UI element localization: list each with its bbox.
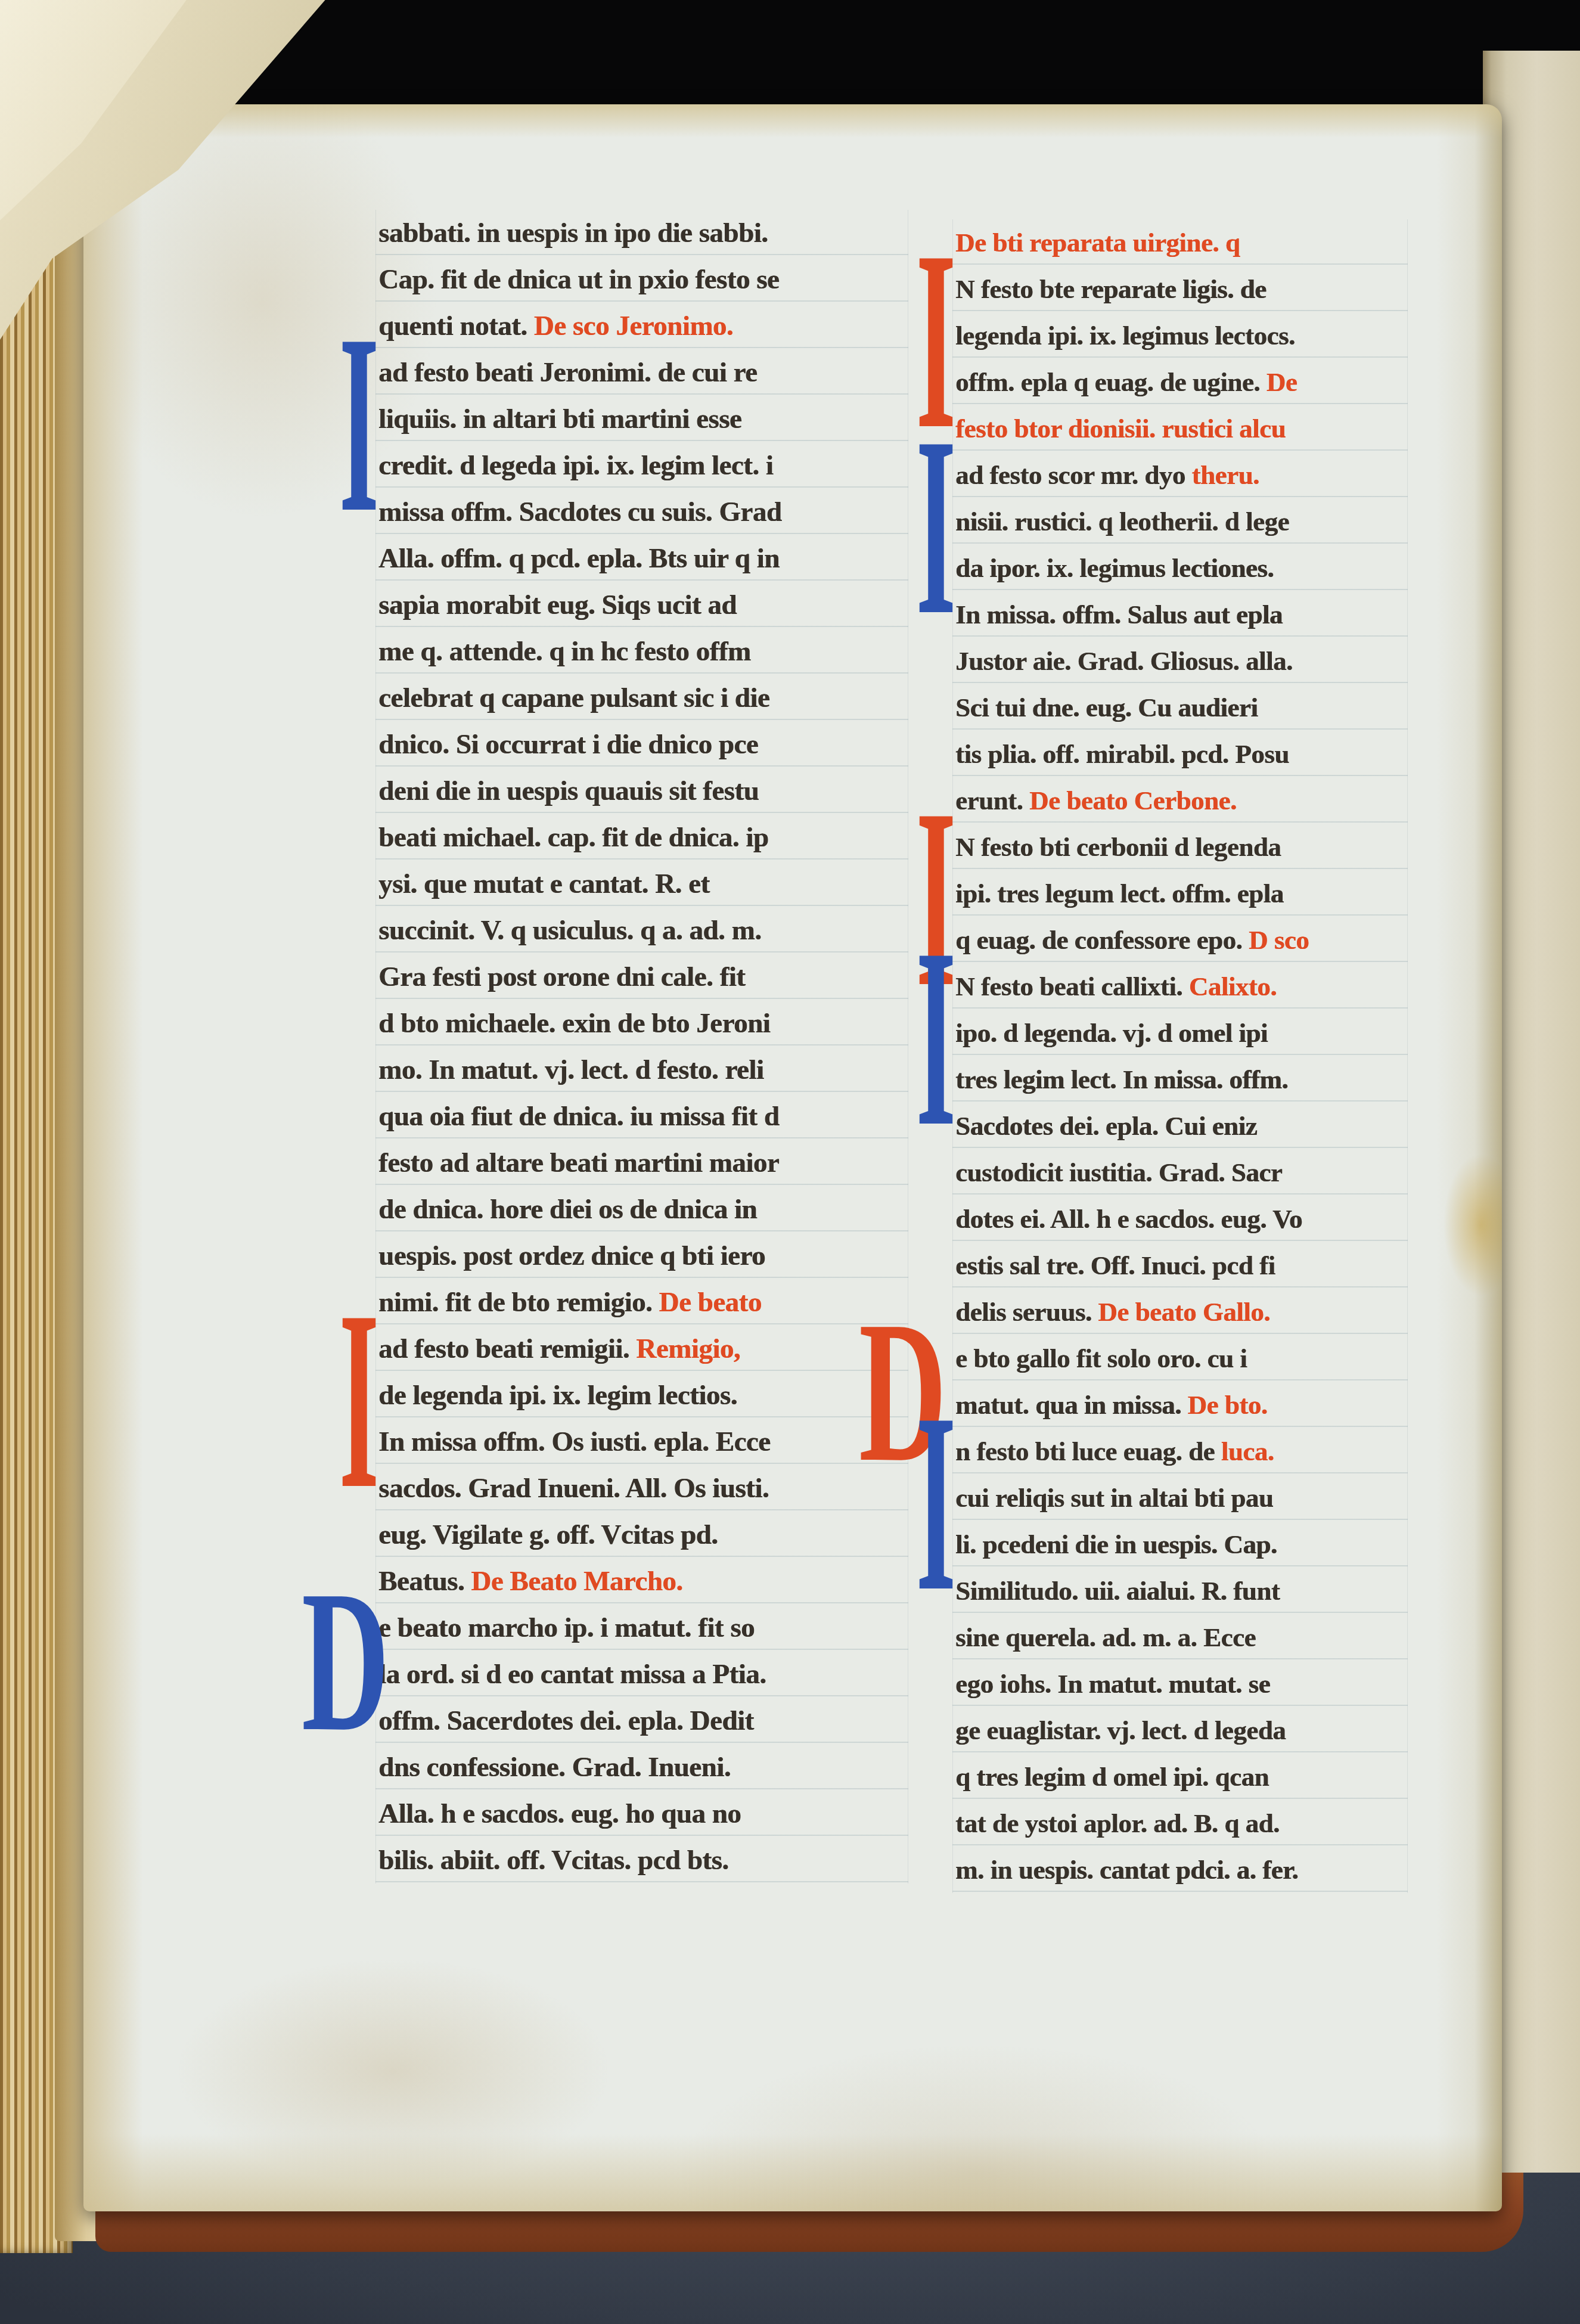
- rubric-text: De: [1267, 367, 1297, 397]
- body-text: estis sal tre. Off. Inuci. pcd fi: [955, 1251, 1275, 1280]
- body-text: Gra festi post orone dni cale. fit: [378, 961, 745, 992]
- text-line: ipi. tres legum lect. offm. epla: [955, 870, 1284, 917]
- body-text: me q. attende. q in hc festo offm: [378, 636, 750, 667]
- body-text: liquiis. in altari bti martini esse: [378, 404, 741, 435]
- text-line: ge euaglistar. vj. lect. d legeda: [955, 1707, 1286, 1754]
- text-line: li. pcedeni die in uespis. Cap.: [955, 1521, 1277, 1568]
- text-line: e bto gallo fit solo oro. cu i: [955, 1335, 1247, 1382]
- rubric-text: festo btor dionisii. rustici alcu: [955, 414, 1286, 443]
- text-line: ysi. que mutat e cantat. R. et: [378, 861, 709, 907]
- text-column-left: sabbati. in uespis in ipo die sabbi.Cap.…: [375, 210, 908, 1884]
- body-text: de dnica. hore diei os de dnica in: [378, 1194, 757, 1225]
- text-line: N festo bte reparate ligis. de: [955, 266, 1267, 312]
- body-text: n festo bti luce euag. de: [955, 1436, 1221, 1466]
- text-line: Justor aie. Grad. Gliosus. alla.: [955, 638, 1293, 684]
- text-line: De bti reparata uirgine. q: [955, 219, 1240, 266]
- text-line: sacdos. Grad Inueni. All. Os iusti.: [378, 1465, 769, 1512]
- rubric-text: D sco: [1249, 925, 1309, 955]
- body-text: Alla. h e sacdos. eug. ho qua no: [378, 1798, 741, 1829]
- body-text: Similitudo. uii. aialui. R. funt: [955, 1576, 1280, 1606]
- text-line: Alla. offm. q pcd. epla. Bts uir q in: [378, 535, 780, 582]
- rubric-text: De beato Cerbone.: [1029, 786, 1237, 815]
- body-text: ipi. tres legum lect. offm. epla: [955, 879, 1284, 908]
- body-text: dotes ei. All. h e sacdos. eug. Vo: [955, 1204, 1302, 1234]
- body-text: sabbati. in uespis in ipo die sabbi.: [378, 218, 768, 249]
- body-text: N festo bte reparate ligis. de: [955, 274, 1267, 304]
- text-line: deni die in uespis quauis sit festu: [378, 768, 759, 814]
- text-line: de dnica. hore diei os de dnica in: [378, 1186, 757, 1233]
- text-line: festo btor dionisii. rustici alcu: [955, 405, 1286, 452]
- text-line: In missa offm. Os iusti. epla. Ecce: [378, 1419, 770, 1465]
- rubric-text: De beato: [659, 1287, 761, 1318]
- rubric-text: theru.: [1191, 460, 1259, 490]
- text-line: liquiis. in altari bti martini esse: [378, 396, 741, 442]
- body-text: missa offm. Sacdotes cu suis. Grad: [378, 497, 781, 528]
- text-line: Beatus. De Beato Marcho.: [378, 1558, 683, 1605]
- text-line: Sacdotes dei. epla. Cui eniz: [955, 1103, 1257, 1149]
- body-text: e bto gallo fit solo oro. cu i: [955, 1343, 1247, 1373]
- text-line: estis sal tre. Off. Inuci. pcd fi: [955, 1242, 1275, 1289]
- text-line: dotes ei. All. h e sacdos. eug. Vo: [955, 1196, 1302, 1242]
- body-text: nisii. rustici. q leotherii. d lege: [955, 507, 1289, 536]
- text-line: sapia morabit eug. Siqs ucit ad: [378, 582, 737, 628]
- body-text: qua oia fiut de dnica. iu missa fit d: [378, 1101, 779, 1132]
- text-line: ipo. d legenda. vj. d omel ipi: [955, 1010, 1268, 1056]
- text-line: eug. Vigilate g. off. Vcitas pd.: [378, 1512, 718, 1558]
- body-text: li. pcedeni die in uespis. Cap.: [955, 1529, 1277, 1559]
- text-line: succinit. V. q usiculus. q a. ad. m.: [378, 907, 761, 954]
- text-line: n festo bti luce euag. de luca.: [955, 1428, 1274, 1475]
- text-line: matut. qua in missa. De bto.: [955, 1382, 1268, 1428]
- rubric-text: De bti reparata uirgine. q: [955, 228, 1240, 257]
- body-text: deni die in uespis quauis sit festu: [378, 775, 759, 806]
- rubric-text: Remigio,: [636, 1333, 740, 1364]
- text-line: tres legim lect. In missa. offm.: [955, 1056, 1288, 1103]
- text-line: In missa. offm. Salus aut epla: [955, 591, 1283, 638]
- text-line: Gra festi post orone dni cale. fit: [378, 954, 745, 1000]
- body-text: N festo bti cerbonii d legenda: [955, 832, 1281, 862]
- body-text: mo. In matut. vj. lect. d festo. reli: [378, 1054, 763, 1085]
- body-text: de legenda ipi. ix. legim lectios.: [378, 1380, 737, 1411]
- body-text: ge euaglistar. vj. lect. d legeda: [955, 1715, 1286, 1745]
- text-line: N festo bti cerbonii d legenda: [955, 824, 1281, 870]
- rubric-text: luca.: [1221, 1436, 1274, 1466]
- body-text: tis plia. off. mirabil. pcd. Posu: [955, 739, 1289, 769]
- body-text: offm. Sacerdotes dei. epla. Dedit: [378, 1705, 754, 1736]
- body-text: sapia morabit eug. Siqs ucit ad: [378, 589, 737, 620]
- text-line: credit. d legeda ipi. ix. legim lect. i: [378, 442, 773, 489]
- body-text: Justor aie. Grad. Gliosus. alla.: [955, 646, 1293, 676]
- text-line: ad festo beati Jeronimi. de cui re: [378, 349, 757, 396]
- text-line: da ipor. ix. legimus lectiones.: [955, 545, 1274, 591]
- text-line: offm. Sacerdotes dei. epla. Dedit: [378, 1698, 754, 1744]
- body-text: dnico. Si occurrat i die dnico pce: [378, 729, 758, 760]
- body-text: bilis. abiit. off. Vcitas. pcd bts.: [378, 1845, 729, 1876]
- body-text: la ord. si d eo cantat missa a Ptia.: [378, 1659, 766, 1690]
- body-text: tres legim lect. In missa. offm.: [955, 1065, 1288, 1094]
- text-line: qua oia fiut de dnica. iu missa fit d: [378, 1093, 779, 1140]
- text-line: missa offm. Sacdotes cu suis. Grad: [378, 489, 781, 535]
- body-text: Cap. fit de dnica ut in pxio festo se: [378, 264, 779, 295]
- body-text: da ipor. ix. legimus lectiones.: [955, 553, 1274, 583]
- body-text: credit. d legeda ipi. ix. legim lect. i: [378, 450, 773, 481]
- text-line: quenti notat. De sco Jeronimo.: [378, 303, 733, 349]
- body-text: festo ad altare beati martini maior: [378, 1147, 779, 1178]
- text-line: sine querela. ad. m. a. Ecce: [955, 1614, 1256, 1661]
- body-text: ysi. que mutat e cantat. R. et: [378, 868, 709, 899]
- text-line: ego iohs. In matut. mutat. se: [955, 1661, 1270, 1707]
- body-text: N festo beati callixti.: [955, 972, 1189, 1001]
- text-line: Alla. h e sacdos. eug. ho qua no: [378, 1791, 741, 1837]
- text-line: erunt. De beato Cerbone.: [955, 777, 1237, 824]
- text-line: beati michael. cap. fit de dnica. ip: [378, 814, 768, 861]
- body-text: matut. qua in missa.: [955, 1390, 1188, 1420]
- illuminated-initial-i: I: [339, 1302, 379, 1498]
- body-text: tat de ystoi aplor. ad. B. q ad.: [955, 1808, 1280, 1838]
- text-line: tat de ystoi aplor. ad. B. q ad.: [955, 1800, 1280, 1847]
- text-line: Cap. fit de dnica ut in pxio festo se: [378, 256, 779, 303]
- text-line: custodicit iustitia. Grad. Sacr: [955, 1149, 1282, 1196]
- text-line: bilis. abiit. off. Vcitas. pcd bts.: [378, 1837, 729, 1884]
- text-line: uespis. post ordez dnice q bti iero: [378, 1233, 765, 1279]
- body-text: d bto michaele. exin de bto Jeroni: [378, 1008, 770, 1039]
- body-text: beati michael. cap. fit de dnica. ip: [378, 822, 768, 853]
- body-text: In missa offm. Os iusti. epla. Ecce: [378, 1426, 770, 1457]
- text-line: legenda ipi. ix. legimus lectocs.: [955, 312, 1295, 359]
- text-line: la ord. si d eo cantat missa a Ptia.: [378, 1651, 766, 1698]
- illuminated-initial-i: I: [339, 325, 379, 522]
- body-text: q tres legim d omel ipi. qcan: [955, 1762, 1269, 1792]
- body-text: e beato marcho ip. i matut. fit so: [378, 1612, 755, 1643]
- body-text: nimi. fit de bto remigio.: [378, 1287, 659, 1318]
- text-line: delis seruus. De beato Gallo.: [955, 1289, 1270, 1335]
- body-text: ad festo beati remigii.: [378, 1333, 636, 1364]
- body-text: uespis. post ordez dnice q bti iero: [378, 1240, 765, 1271]
- text-line: cui reliqis sut in altai bti pau: [955, 1475, 1273, 1521]
- text-line: Similitudo. uii. aialui. R. funt: [955, 1568, 1280, 1614]
- illuminated-initial-i: I: [916, 1404, 956, 1601]
- text-line: N festo beati callixti. Calixto.: [955, 963, 1277, 1010]
- text-line: dnico. Si occurrat i die dnico pce: [378, 721, 758, 768]
- body-text: erunt.: [955, 786, 1029, 815]
- illuminated-initial-i: I: [916, 428, 956, 625]
- text-line: d bto michaele. exin de bto Jeroni: [378, 1000, 770, 1047]
- text-line: de legenda ipi. ix. legim lectios.: [378, 1372, 737, 1419]
- rubric-text: De bto.: [1188, 1390, 1268, 1420]
- rubric-text: De beato Gallo.: [1098, 1297, 1270, 1327]
- text-line: mo. In matut. vj. lect. d festo. reli: [378, 1047, 763, 1093]
- body-text: ad festo beati Jeronimi. de cui re: [378, 357, 757, 388]
- text-line: me q. attende. q in hc festo offm: [378, 628, 750, 675]
- body-text: succinit. V. q usiculus. q a. ad. m.: [378, 915, 761, 946]
- illuminated-initial-d: D: [302, 1581, 389, 1742]
- body-text: quenti notat.: [378, 311, 534, 342]
- body-text: dns confessione. Grad. Inueni.: [378, 1752, 731, 1783]
- body-text: legenda ipi. ix. legimus lectocs.: [955, 321, 1295, 350]
- body-text: In missa. offm. Salus aut epla: [955, 600, 1283, 629]
- body-text: ego iohs. In matut. mutat. se: [955, 1669, 1270, 1699]
- text-line: nisii. rustici. q leotherii. d lege: [955, 498, 1289, 545]
- body-text: eug. Vigilate g. off. Vcitas pd.: [378, 1519, 718, 1550]
- text-line: m. in uespis. cantat pdci. a. fer.: [955, 1847, 1298, 1893]
- body-text: sacdos. Grad Inueni. All. Os iusti.: [378, 1473, 769, 1504]
- text-column-right: De bti reparata uirgine. qN festo bte re…: [952, 219, 1408, 1893]
- body-text: Alla. offm. q pcd. epla. Bts uir q in: [378, 543, 780, 574]
- body-text: q euag. de confessore epo.: [955, 925, 1249, 955]
- body-text: sine querela. ad. m. a. Ecce: [955, 1622, 1256, 1652]
- body-text: cui reliqis sut in altai bti pau: [955, 1483, 1273, 1513]
- body-text: Sci tui dne. eug. Cu audieri: [955, 693, 1258, 722]
- body-text: ipo. d legenda. vj. d omel ipi: [955, 1018, 1268, 1048]
- text-line: Sci tui dne. eug. Cu audieri: [955, 684, 1258, 731]
- body-text: offm. epla q euag. de ugine.: [955, 367, 1267, 397]
- text-line: offm. epla q euag. de ugine. De: [955, 359, 1297, 405]
- text-line: nimi. fit de bto remigio. De beato: [378, 1279, 762, 1326]
- rubric-text: De sco Jeronimo.: [534, 311, 733, 342]
- text-line: dns confessione. Grad. Inueni.: [378, 1744, 731, 1791]
- text-line: ad festo scor mr. dyo theru.: [955, 452, 1259, 498]
- body-text: Beatus.: [378, 1566, 471, 1597]
- text-line: e beato marcho ip. i matut. fit so: [378, 1605, 755, 1651]
- rubric-text: De Beato Marcho.: [471, 1566, 682, 1597]
- text-line: tis plia. off. mirabil. pcd. Posu: [955, 731, 1289, 777]
- text-line: q euag. de confessore epo. D sco: [955, 917, 1309, 963]
- text-line: q tres legim d omel ipi. qcan: [955, 1754, 1269, 1800]
- manuscript-page: sabbati. in uespis in ipo die sabbi.Cap.…: [83, 104, 1502, 2211]
- illuminated-initial-i: I: [916, 939, 956, 1136]
- manuscript-photo: sabbati. in uespis in ipo die sabbi.Cap.…: [0, 0, 1580, 2324]
- body-text: ad festo scor mr. dyo: [955, 460, 1191, 490]
- body-text: celebrat q capane pulsant sic i die: [378, 682, 769, 713]
- body-text: custodicit iustitia. Grad. Sacr: [955, 1158, 1282, 1187]
- body-text: Sacdotes dei. epla. Cui eniz: [955, 1111, 1257, 1141]
- text-line: ad festo beati remigii. Remigio,: [378, 1326, 740, 1372]
- text-line: sabbati. in uespis in ipo die sabbi.: [378, 210, 768, 256]
- text-line: festo ad altare beati martini maior: [378, 1140, 779, 1186]
- rubric-text: Calixto.: [1189, 972, 1277, 1001]
- body-text: m. in uespis. cantat pdci. a. fer.: [955, 1855, 1298, 1885]
- text-line: celebrat q capane pulsant sic i die: [378, 675, 769, 721]
- body-text: delis seruus.: [955, 1297, 1098, 1327]
